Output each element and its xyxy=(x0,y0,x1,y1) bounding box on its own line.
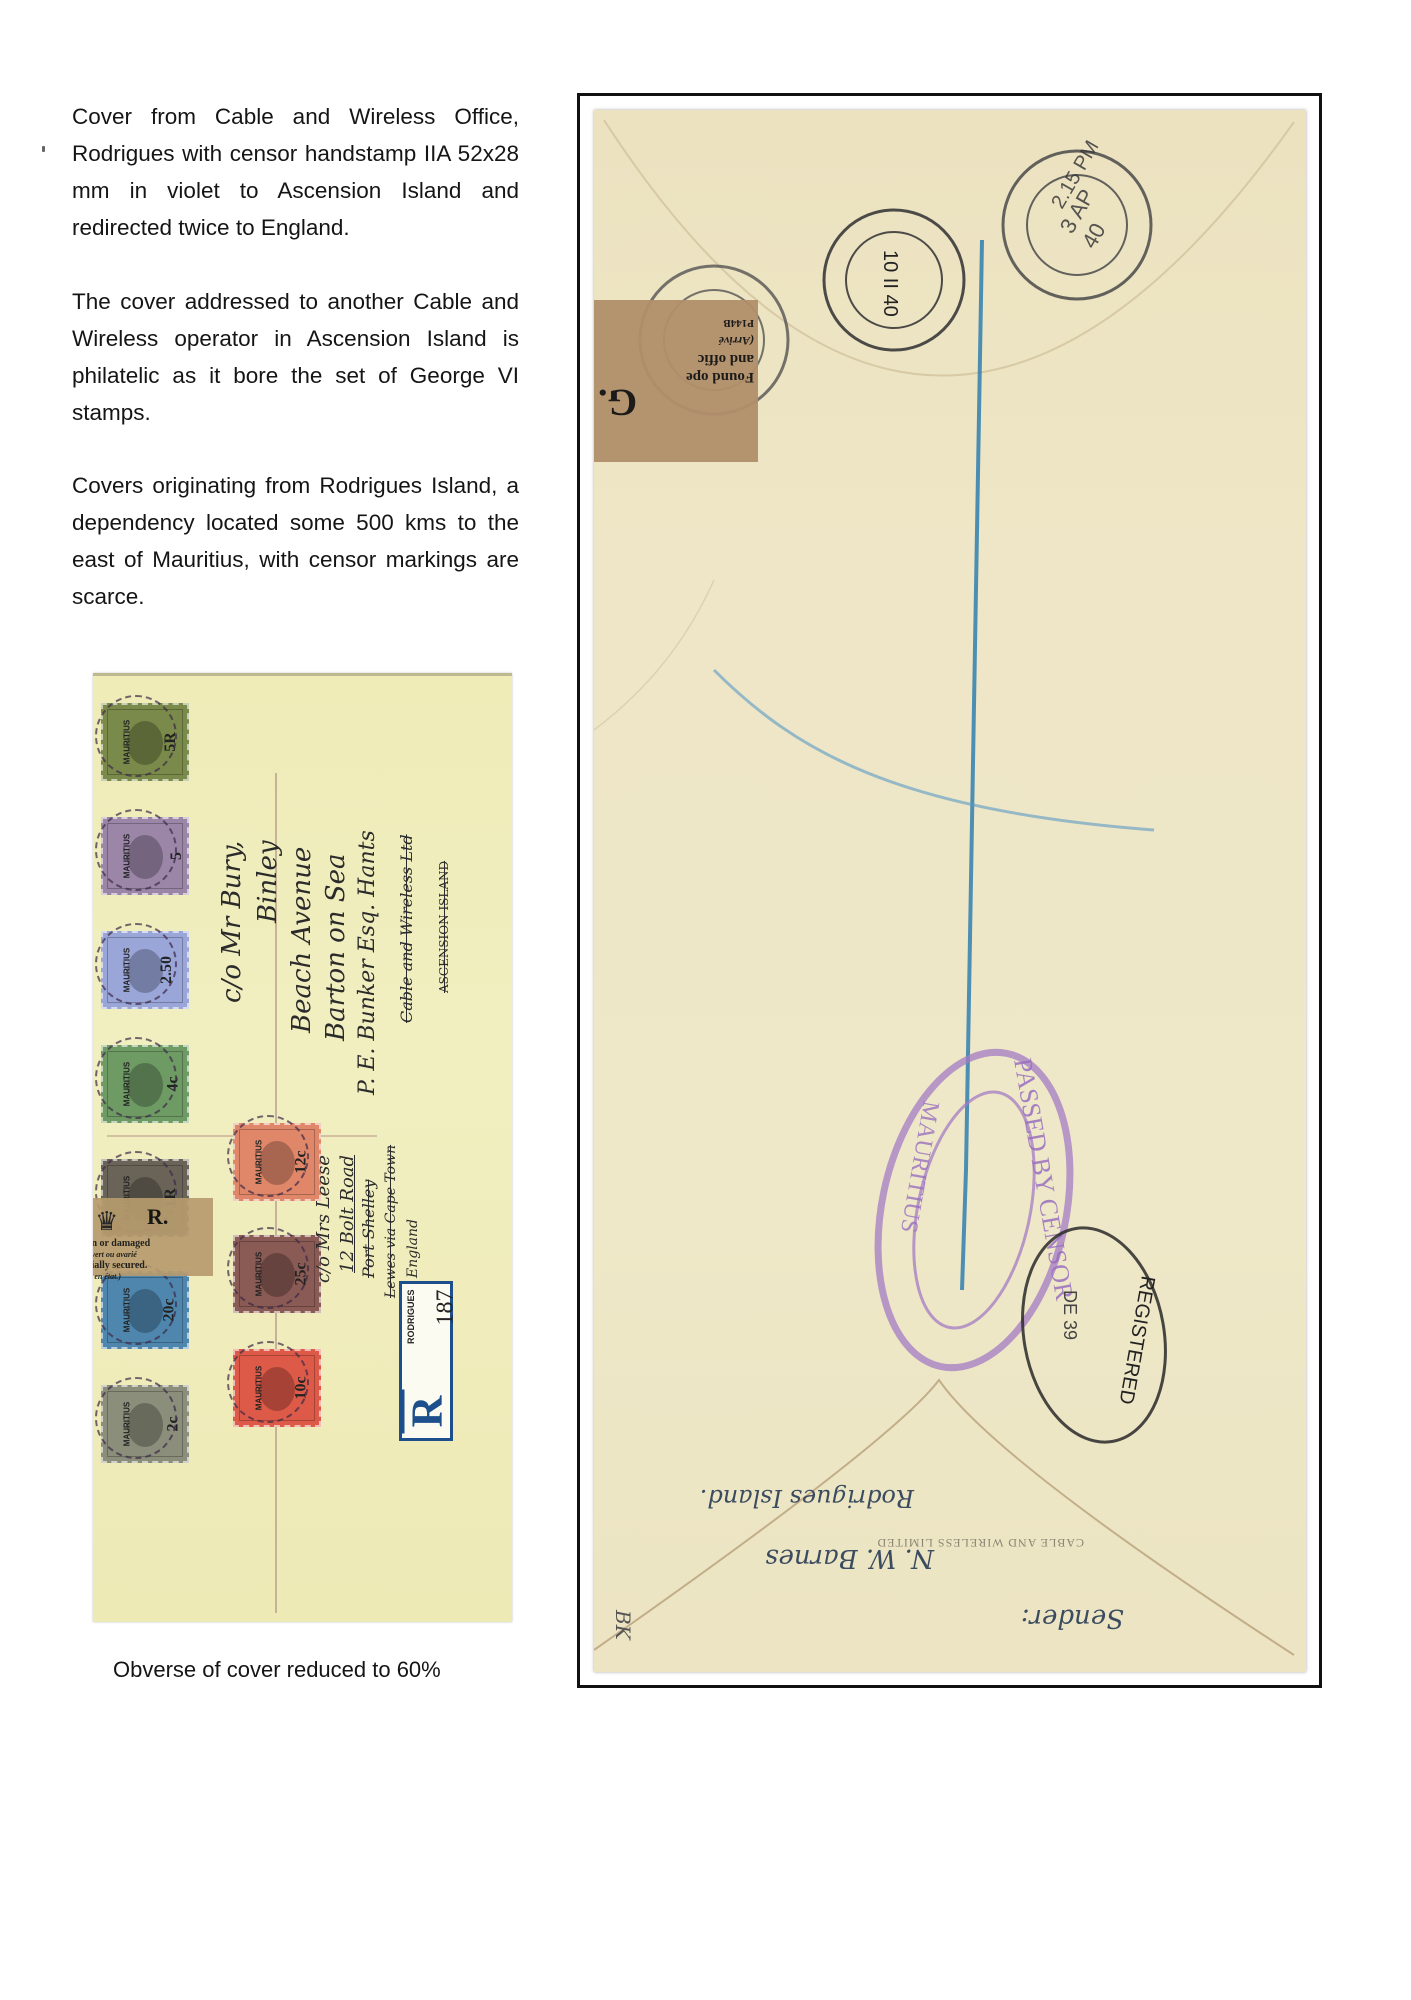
description-text: Cover from Cable and Wireless Office, Ro… xyxy=(72,98,519,246)
address-line: c/o Mr Bury, xyxy=(217,841,247,1003)
registration-number: 187 xyxy=(433,1290,460,1326)
redirect-line: Port Shelley xyxy=(359,1180,378,1278)
address-line: Binley xyxy=(253,840,283,923)
cable-wireless-imprint: CABLE AND WIRELESS LIMITED xyxy=(784,1535,1084,1550)
registration-label: 187 RODRIGUES R xyxy=(399,1281,453,1441)
cover-edge xyxy=(93,673,512,676)
address-line-struck: Cable and Wireless Ltd xyxy=(397,834,416,1023)
description-paragraph-3: Covers originating from Rodrigues Island… xyxy=(72,467,519,615)
repair-label-line: is en état.) xyxy=(93,1271,150,1282)
repair-label: ♛ R. en or damaged uvert ou avarié ciall… xyxy=(93,1198,213,1276)
description-text: Covers originating from Rodrigues Island… xyxy=(72,467,519,615)
svg-text:Sender:: Sender: xyxy=(1021,1603,1124,1633)
found-open-label: Found ope and offic (Arrivé P144B G. xyxy=(594,300,758,462)
cancel-postmark xyxy=(95,1377,177,1459)
cancel-postmark xyxy=(95,809,177,891)
found-label-line: P144B xyxy=(594,314,754,332)
svg-text:REGISTERED: REGISTERED xyxy=(1114,1274,1158,1406)
address-line: Barton on Sea xyxy=(321,853,351,1041)
bullet-mark xyxy=(42,146,45,152)
cancel-postmark xyxy=(95,1037,177,1119)
repair-label-line: en or damaged xyxy=(93,1238,150,1249)
registration-town: RODRIGUES xyxy=(406,1289,416,1344)
redirect-line: England xyxy=(405,1219,421,1278)
svg-text:Rodrigues Island.: Rodrigues Island. xyxy=(700,1484,915,1512)
cancel-postmark xyxy=(95,695,177,777)
found-label-line: and offic xyxy=(594,350,754,368)
obverse-cover-image: MAURITIUS5RMAURITIUS5MAURITIUS2.50MAURIT… xyxy=(93,673,512,1622)
svg-text:DE 39: DE 39 xyxy=(1060,1290,1080,1340)
address-line: Beach Avenue xyxy=(287,847,317,1033)
address-line-struck: ASCENSION ISLAND xyxy=(437,861,451,993)
description-paragraph-2: The cover addressed to another Cable and… xyxy=(72,283,519,431)
redirect-line: Lewes via Cape Town xyxy=(383,1145,399,1298)
redirect-line: 12 Bolt Road xyxy=(337,1155,358,1273)
cancel-postmark xyxy=(95,923,177,1005)
crown-icon: ♛ xyxy=(95,1206,118,1237)
found-label-line: (Arrivé xyxy=(594,332,754,350)
description-paragraph-1: Cover from Cable and Wireless Office, Ro… xyxy=(72,98,519,246)
cancel-postmark xyxy=(227,1341,309,1423)
cancel-postmark xyxy=(227,1115,309,1197)
repair-label-letter: R. xyxy=(147,1204,168,1230)
svg-text:MAURITIUS: MAURITIUS xyxy=(895,1099,944,1235)
found-label-letter: G. xyxy=(598,380,637,424)
postmark-capetown-date: 10 II 40 xyxy=(879,250,901,317)
address-line: P. E. Bunker Esq. Hants xyxy=(355,830,380,1095)
cancel-postmark xyxy=(227,1227,309,1309)
postmark-registered xyxy=(1006,1216,1181,1453)
found-label-text: Found ope and offic (Arrivé P144B xyxy=(594,314,754,386)
redirect-line: c/o Mrs Leese xyxy=(313,1155,334,1283)
repair-label-text: en or damaged uvert ou avarié cially sec… xyxy=(93,1238,150,1282)
registration-letter: R xyxy=(402,1390,451,1434)
description-text: The cover addressed to another Cable and… xyxy=(72,283,519,431)
obverse-caption: Obverse of cover reduced to 60% xyxy=(113,1657,441,1683)
repair-label-line: cially secured. xyxy=(93,1260,150,1271)
reverse-cover-image: 2.15 PM 3 AP 40 10 II 40 PASSED BY CENSO… xyxy=(594,110,1306,1672)
svg-text:BK: BK xyxy=(611,1609,635,1641)
repair-label-line: uvert ou avarié xyxy=(93,1249,150,1260)
